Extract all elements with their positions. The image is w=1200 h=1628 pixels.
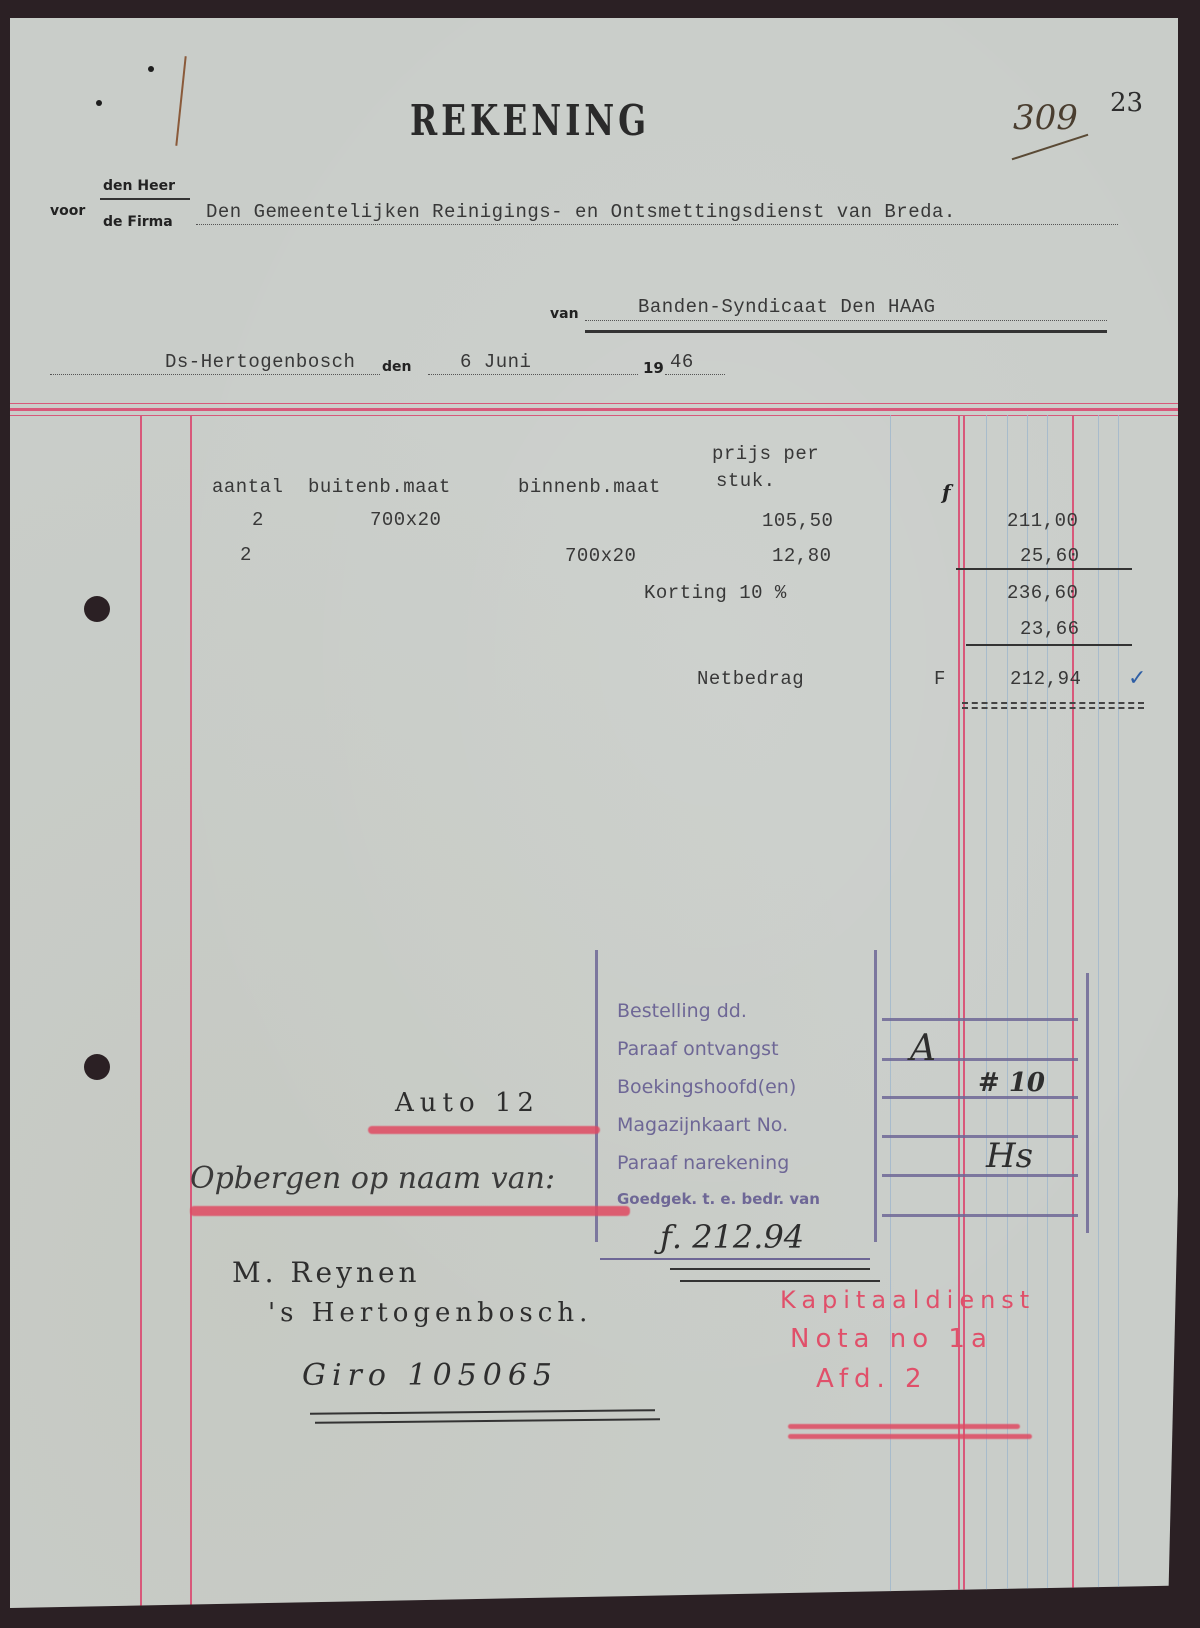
row1-prijs: 105,50 [762,510,833,532]
initials-ontvangst: A [910,1028,936,1069]
approved-amount: ƒ. 212.94 [660,1218,804,1256]
subtotal-rule [956,568,1132,570]
approved-underline [670,1268,870,1270]
stamp-paraaf-narekening: Paraaf narekening [617,1152,789,1174]
margin-line [140,415,142,1608]
sender-dotted-line [585,320,1107,321]
punch-hole [84,1054,110,1080]
net-rule [966,644,1132,646]
row1-bedrag: 211,00 [1007,510,1078,532]
handwritten-reference: 309 [1013,98,1078,138]
margin-line [190,415,192,1608]
initials-narekening: Hs [986,1136,1033,1176]
year-suffix: 46 [670,351,694,373]
stamp-row-line [882,1135,1078,1138]
pencil-mark [175,56,186,146]
discount-label: Korting 10 % [644,582,787,604]
ledger-rule [10,408,1178,411]
sender-rule [585,330,1107,333]
stamp-border [595,950,598,1242]
col-binnenband: binnenb.maat [518,476,661,498]
auto-note: Auto 12 [395,1088,540,1118]
col-buitenband: buitenb.maat [308,476,451,498]
recipient-dotted-line [196,224,1118,225]
amount-column-line [963,415,965,1608]
de-firma-label: de Firma [103,214,173,230]
stamp-magazijnkaart: Magazijnkaart No. [617,1114,788,1136]
red-underline [368,1126,600,1134]
net-prefix: F [934,668,946,690]
subtotal: 236,60 [1007,582,1078,604]
stamp-row-line [882,1174,1078,1177]
net-amount: 212,94 [1010,668,1081,690]
van-label: van [550,306,579,322]
price-header-line1: prijs per [712,443,819,465]
net-label: Netbedrag [697,668,804,690]
discount-amount: 23,66 [1020,618,1080,640]
giro-number: Giro 105065 [302,1358,558,1393]
red-note-afdeling: Afd. 2 [816,1364,928,1394]
row2-bedrag: 25,60 [1020,545,1080,567]
booking-entry: # 10 [978,1068,1045,1098]
stamp-goedgekeurd: Goedgek. t. e. bedr. van [617,1190,820,1208]
punch-dot [148,66,154,72]
den-heer-label: den Heer [103,178,175,194]
row1-buitenband: 700x20 [370,509,441,531]
red-underline [190,1206,630,1216]
ledger-rule [10,415,1178,416]
sender-name: Banden-Syndicaat Den HAAG [638,296,936,318]
double-underline [962,702,1144,704]
currency-symbol: f [942,480,951,504]
col-aantal: aantal [212,476,283,498]
giro-underline [310,1409,655,1414]
row2-prijs: 12,80 [772,545,832,567]
stamped-reference: 23 [1110,88,1143,118]
stamp-bestelling: Bestelling dd. [617,1000,747,1022]
punch-hole [84,596,110,622]
price-header-line2: stuk. [716,470,776,492]
red-underline [788,1424,1020,1429]
year-prefix: 19 [643,359,664,377]
red-underline [788,1434,1032,1439]
grid-line [1118,415,1119,1608]
stamp-paraaf-ontvangst: Paraaf ontvangst [617,1038,779,1060]
den-label: den [382,359,411,375]
file-under-note: Opbergen op naam van: [190,1161,555,1196]
red-note-nota: Nota no 1a [790,1324,993,1354]
place: Ds-Hertogenbosch [165,351,355,373]
place-dotted-line [50,374,380,375]
stamp-row-line [882,1214,1078,1217]
double-underline [962,707,1144,709]
row2-aantal: 2 [240,544,252,566]
voor-label: voor [50,203,85,219]
row2-binnenband: 700x20 [565,545,636,567]
ledger-rule [10,403,1178,404]
contact-name: M. Reynen [232,1256,421,1289]
grid-line [890,415,891,1608]
document-title: REKENING [410,96,650,145]
approved-rule [600,1258,870,1260]
giro-underline [315,1418,660,1423]
approved-underline [680,1280,880,1282]
red-note-department: Kapitaaldienst [780,1286,1035,1314]
grid-line [1098,415,1099,1608]
check-mark-icon: ✓ [1128,666,1146,691]
contact-city: 's Hertogenbosch. [268,1298,592,1328]
recipient-name: Den Gemeentelijken Reinigings- en Ontsme… [206,201,956,223]
row1-aantal: 2 [252,509,264,531]
date-dotted-line [428,374,638,375]
date: 6 Juni [460,351,531,373]
stamp-border [874,950,877,1242]
stamp-border [1086,973,1089,1233]
recipient-divider [100,198,190,200]
amount-column-line [958,415,960,1608]
stamp-boekingshoofd: Boekingshoofd(en) [617,1076,796,1098]
invoice-paper: REKENING 309 23 voor den Heer de Firma D… [10,18,1178,1608]
year-dotted-line [665,374,725,375]
punch-dot [96,100,102,106]
grid-line [986,415,987,1608]
stamp-row-line [882,1018,1078,1021]
